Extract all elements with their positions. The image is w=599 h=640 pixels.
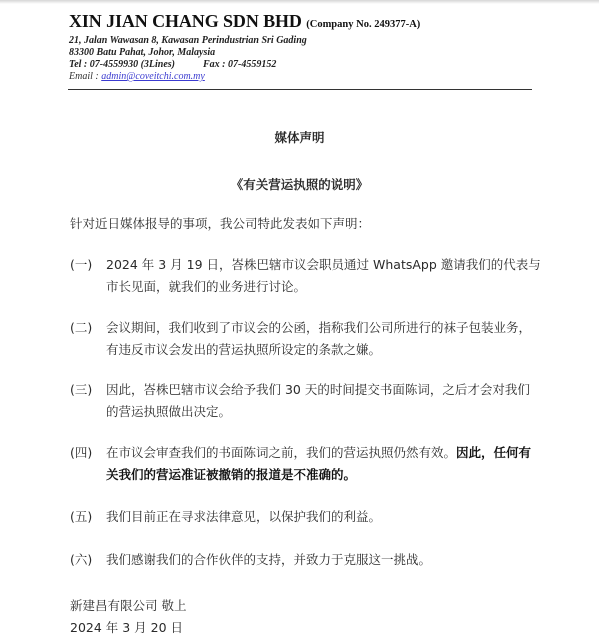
telephone: Tel : 07-4559930 (3Lines) (69, 59, 175, 70)
item-number: (五) (70, 506, 106, 528)
item-text: 我们感谢我们的合作伙伴的支持，并致力于克服这一挑战。 (106, 549, 541, 571)
company-name-line: XIN JIAN CHANG SDN BHD (Company No. 2493… (69, 11, 539, 35)
signature: 新建昌有限公司 敬上 (70, 595, 186, 617)
email-label: Email : (69, 71, 101, 82)
item-number: (一) (70, 254, 106, 276)
signature-date: 2024 年 3 月 20 日 (70, 617, 186, 639)
address-line-1: 21, Jalan Wawasan 8, Kawasan Perindustri… (69, 35, 539, 47)
item-number: (四) (70, 442, 106, 464)
fax: Fax : 07-4559152 (203, 59, 276, 70)
item-number: (六) (70, 549, 106, 571)
document-heading: 媒体声明 (0, 128, 599, 146)
document-subheading: 《有关营运执照的说明》 (0, 175, 599, 193)
email-link[interactable]: admin@coveitchi.com.my (101, 71, 205, 82)
intro-paragraph: 针对近日媒体报导的事项，我公司特此发表如下声明： (70, 214, 370, 232)
letterhead-divider (68, 89, 532, 90)
contact-line: Tel : 07-4559930 (3Lines)Fax : 07-455915… (69, 59, 539, 71)
signature-block: 新建昌有限公司 敬上 2024 年 3 月 20 日 (70, 595, 186, 639)
address-line-2: 83300 Batu Pahat, Johor, Malaysia (69, 47, 539, 59)
email-line: Email : admin@coveitchi.com.my (69, 71, 539, 83)
item-text: 因此，峇株巴辖市议会给予我们 30 天的时间提交书面陈词，之后才会对我们的营运执… (106, 379, 541, 423)
item-text: 会议期间，我们收到了市议会的公函，指称我们公司所进行的袜子包装业务，有违反市议会… (106, 317, 541, 361)
item-text: 2024 年 3 月 19 日，峇株巴辖市议会职员通过 WhatsApp 邀请我… (106, 254, 541, 298)
item-number: (二) (70, 317, 106, 339)
item-text-wrapper: 在市议会审查我们的书面陈词之前，我们的营运执照仍然有效。因此，任何有关我们的营运… (106, 442, 541, 486)
item-text: 我们目前正在寻求法律意见，以保护我们的利益。 (106, 506, 541, 528)
item-number: (三) (70, 379, 106, 401)
company-name: XIN JIAN CHANG SDN BHD (69, 11, 302, 31)
item-text: 在市议会审查我们的书面陈词之前，我们的营运执照仍然有效。 (106, 445, 456, 460)
letterhead: XIN JIAN CHANG SDN BHD (Company No. 2493… (69, 11, 539, 83)
page-top-shadow (0, 0, 599, 4)
company-registration-number: (Company No. 249377-A) (306, 19, 420, 30)
